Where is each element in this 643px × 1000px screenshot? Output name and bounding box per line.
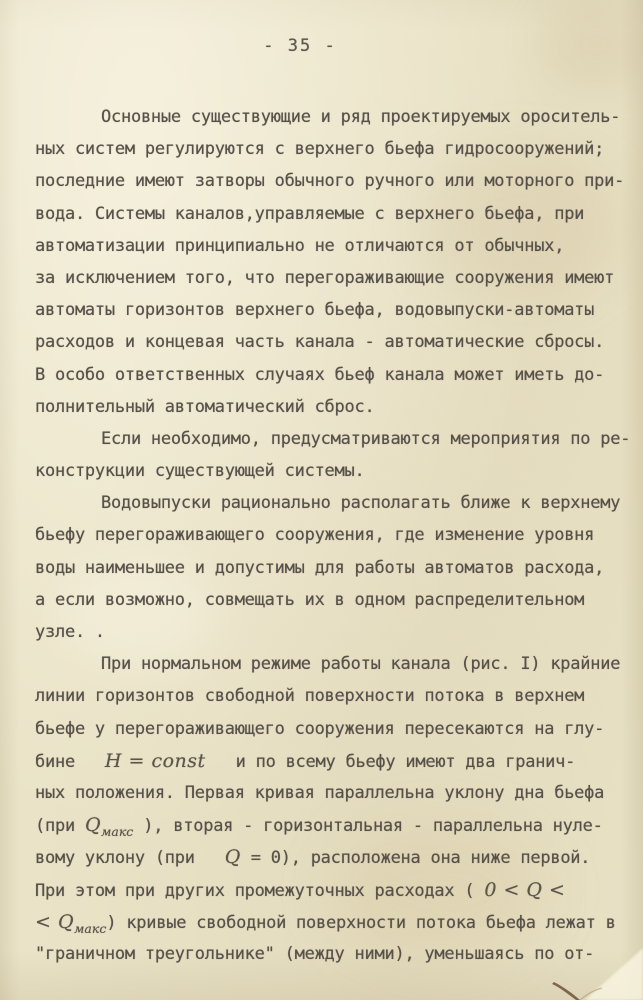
typewritten-text: В особо ответственных случаях бьеф канал…: [35, 365, 604, 385]
text-line: При нормальном режиме работы канала (рис…: [35, 648, 635, 680]
handwritten-formula: 0 < Q <: [484, 879, 565, 901]
typewritten-text: за исключением того, что перегораживающи…: [35, 268, 614, 288]
text-line: При этом при других промежуточных расход…: [35, 874, 635, 906]
typewritten-text: "граничном треугольнике" (между ними), у…: [35, 944, 594, 964]
handwritten-formula: Q: [85, 814, 101, 836]
typewritten-text: При этом при других промежуточных расход…: [35, 881, 484, 901]
text-line: автоматы горизонтов верхнего бьефа, водо…: [35, 294, 635, 326]
typewritten-text: = 0), расположена она ниже первой.: [241, 848, 590, 868]
text-line: Основные существующие и ряд проектируемы…: [35, 101, 635, 133]
typewritten-text: Если необходимо, предусматриваются мероп…: [101, 429, 630, 449]
text-line: Водовыпуски рационально располагать ближ…: [35, 487, 635, 519]
typewritten-text: вода. Системы каналов,управляемые с верх…: [35, 204, 584, 224]
handwritten-formula: H = const: [105, 750, 206, 772]
typewritten-text: воды наименьшее и допустимы для работы а…: [35, 558, 604, 578]
typewritten-text: конструкции существующей системы.: [35, 461, 365, 481]
typewritten-text: При нормальном режиме работы канала (рис…: [101, 654, 620, 674]
handwritten-formula: < Q: [35, 911, 74, 933]
typewritten-text: ных систем регулируются с верхнего бьефа…: [35, 139, 604, 159]
text-line: < Qмакс) кривые свободной поверхности по…: [35, 906, 635, 938]
typewritten-text: ных положения. Первая кривая параллельна…: [35, 783, 604, 803]
text-line: воды наименьшее и допустимы для работы а…: [35, 552, 635, 584]
text-line: вода. Системы каналов,управляемые с верх…: [35, 198, 635, 230]
typewritten-text: бьефу перегораживающего сооружения, где …: [35, 525, 594, 545]
text-line: конструкции существующей системы.: [35, 455, 635, 487]
typewritten-text: (при: [35, 816, 85, 836]
typewritten-text: и по всему бьефу имеют два гранич-: [206, 752, 575, 772]
typewritten-text: Водовыпуски рационально располагать ближ…: [101, 493, 620, 513]
pen-mark-icon: [540, 952, 610, 1000]
text-line: бине H = const и по всему бьефу имеют дв…: [35, 745, 635, 777]
text-line: расходов и концевая часть канала - автом…: [35, 326, 635, 358]
typewritten-text: автоматы горизонтов верхнего бьефа, водо…: [35, 300, 594, 320]
text-line: бьефе у перегораживающего сооружения пер…: [35, 713, 635, 745]
handwritten-formula: макс: [74, 921, 106, 936]
typewritten-text: расходов и концевая часть канала - автом…: [35, 332, 604, 352]
typewritten-text: ) кривые свободной поверхности потока бь…: [106, 913, 615, 933]
typewritten-text: бьефе у перегораживающего сооружения пер…: [35, 719, 604, 739]
typewritten-text: полнительный автоматический сброс.: [35, 397, 375, 417]
text-line: вому уклону (при Q = 0), расположена она…: [35, 841, 635, 873]
text-line: узле. .: [35, 616, 635, 648]
handwritten-formula: Q: [225, 846, 241, 868]
typewritten-text: узле. .: [35, 622, 105, 642]
text-line: автоматизации принципиально не отличаютс…: [35, 230, 635, 262]
text-line: ных систем регулируются с верхнего бьефа…: [35, 133, 635, 165]
handwritten-formula: макс: [101, 824, 133, 839]
text-line: а если возможно, совмещать их в одном ра…: [35, 584, 635, 616]
text-line: Если необходимо, предусматриваются мероп…: [35, 423, 635, 455]
text-line: линии горизонтов свободной поверхности п…: [35, 680, 635, 712]
typewritten-text: бине: [35, 752, 105, 772]
typewritten-text: автоматизации принципиально не отличаютс…: [35, 236, 564, 256]
text-line: за исключением того, что перегораживающи…: [35, 262, 635, 294]
text-line: полнительный автоматический сброс.: [35, 391, 635, 423]
scanned-document-page: - 35 - Основные существующие и ряд проек…: [0, 0, 643, 1000]
text-body: Основные существующие и ряд проектируемы…: [35, 101, 635, 970]
page-number: - 35 -: [0, 36, 600, 56]
text-line: ных положения. Первая кривая параллельна…: [35, 777, 635, 809]
typewritten-text: последние имеют затворы обычного ручного…: [35, 171, 624, 191]
text-line: последние имеют затворы обычного ручного…: [35, 165, 635, 197]
text-line: бьефу перегораживающего сооружения, где …: [35, 519, 635, 551]
text-line: (при Qмакс ), вторая - горизонтальная - …: [35, 809, 635, 841]
typewritten-text: ), вторая - горизонтальная - параллельна…: [133, 816, 602, 836]
typewritten-text: вому уклону (при: [35, 848, 225, 868]
typewritten-text: Основные существующие и ряд проектируемы…: [101, 107, 620, 127]
typewritten-text: линии горизонтов свободной поверхности п…: [35, 686, 584, 706]
text-line: В особо ответственных случаях бьеф канал…: [35, 359, 635, 391]
typewritten-text: а если возможно, совмещать их в одном ра…: [35, 590, 584, 610]
